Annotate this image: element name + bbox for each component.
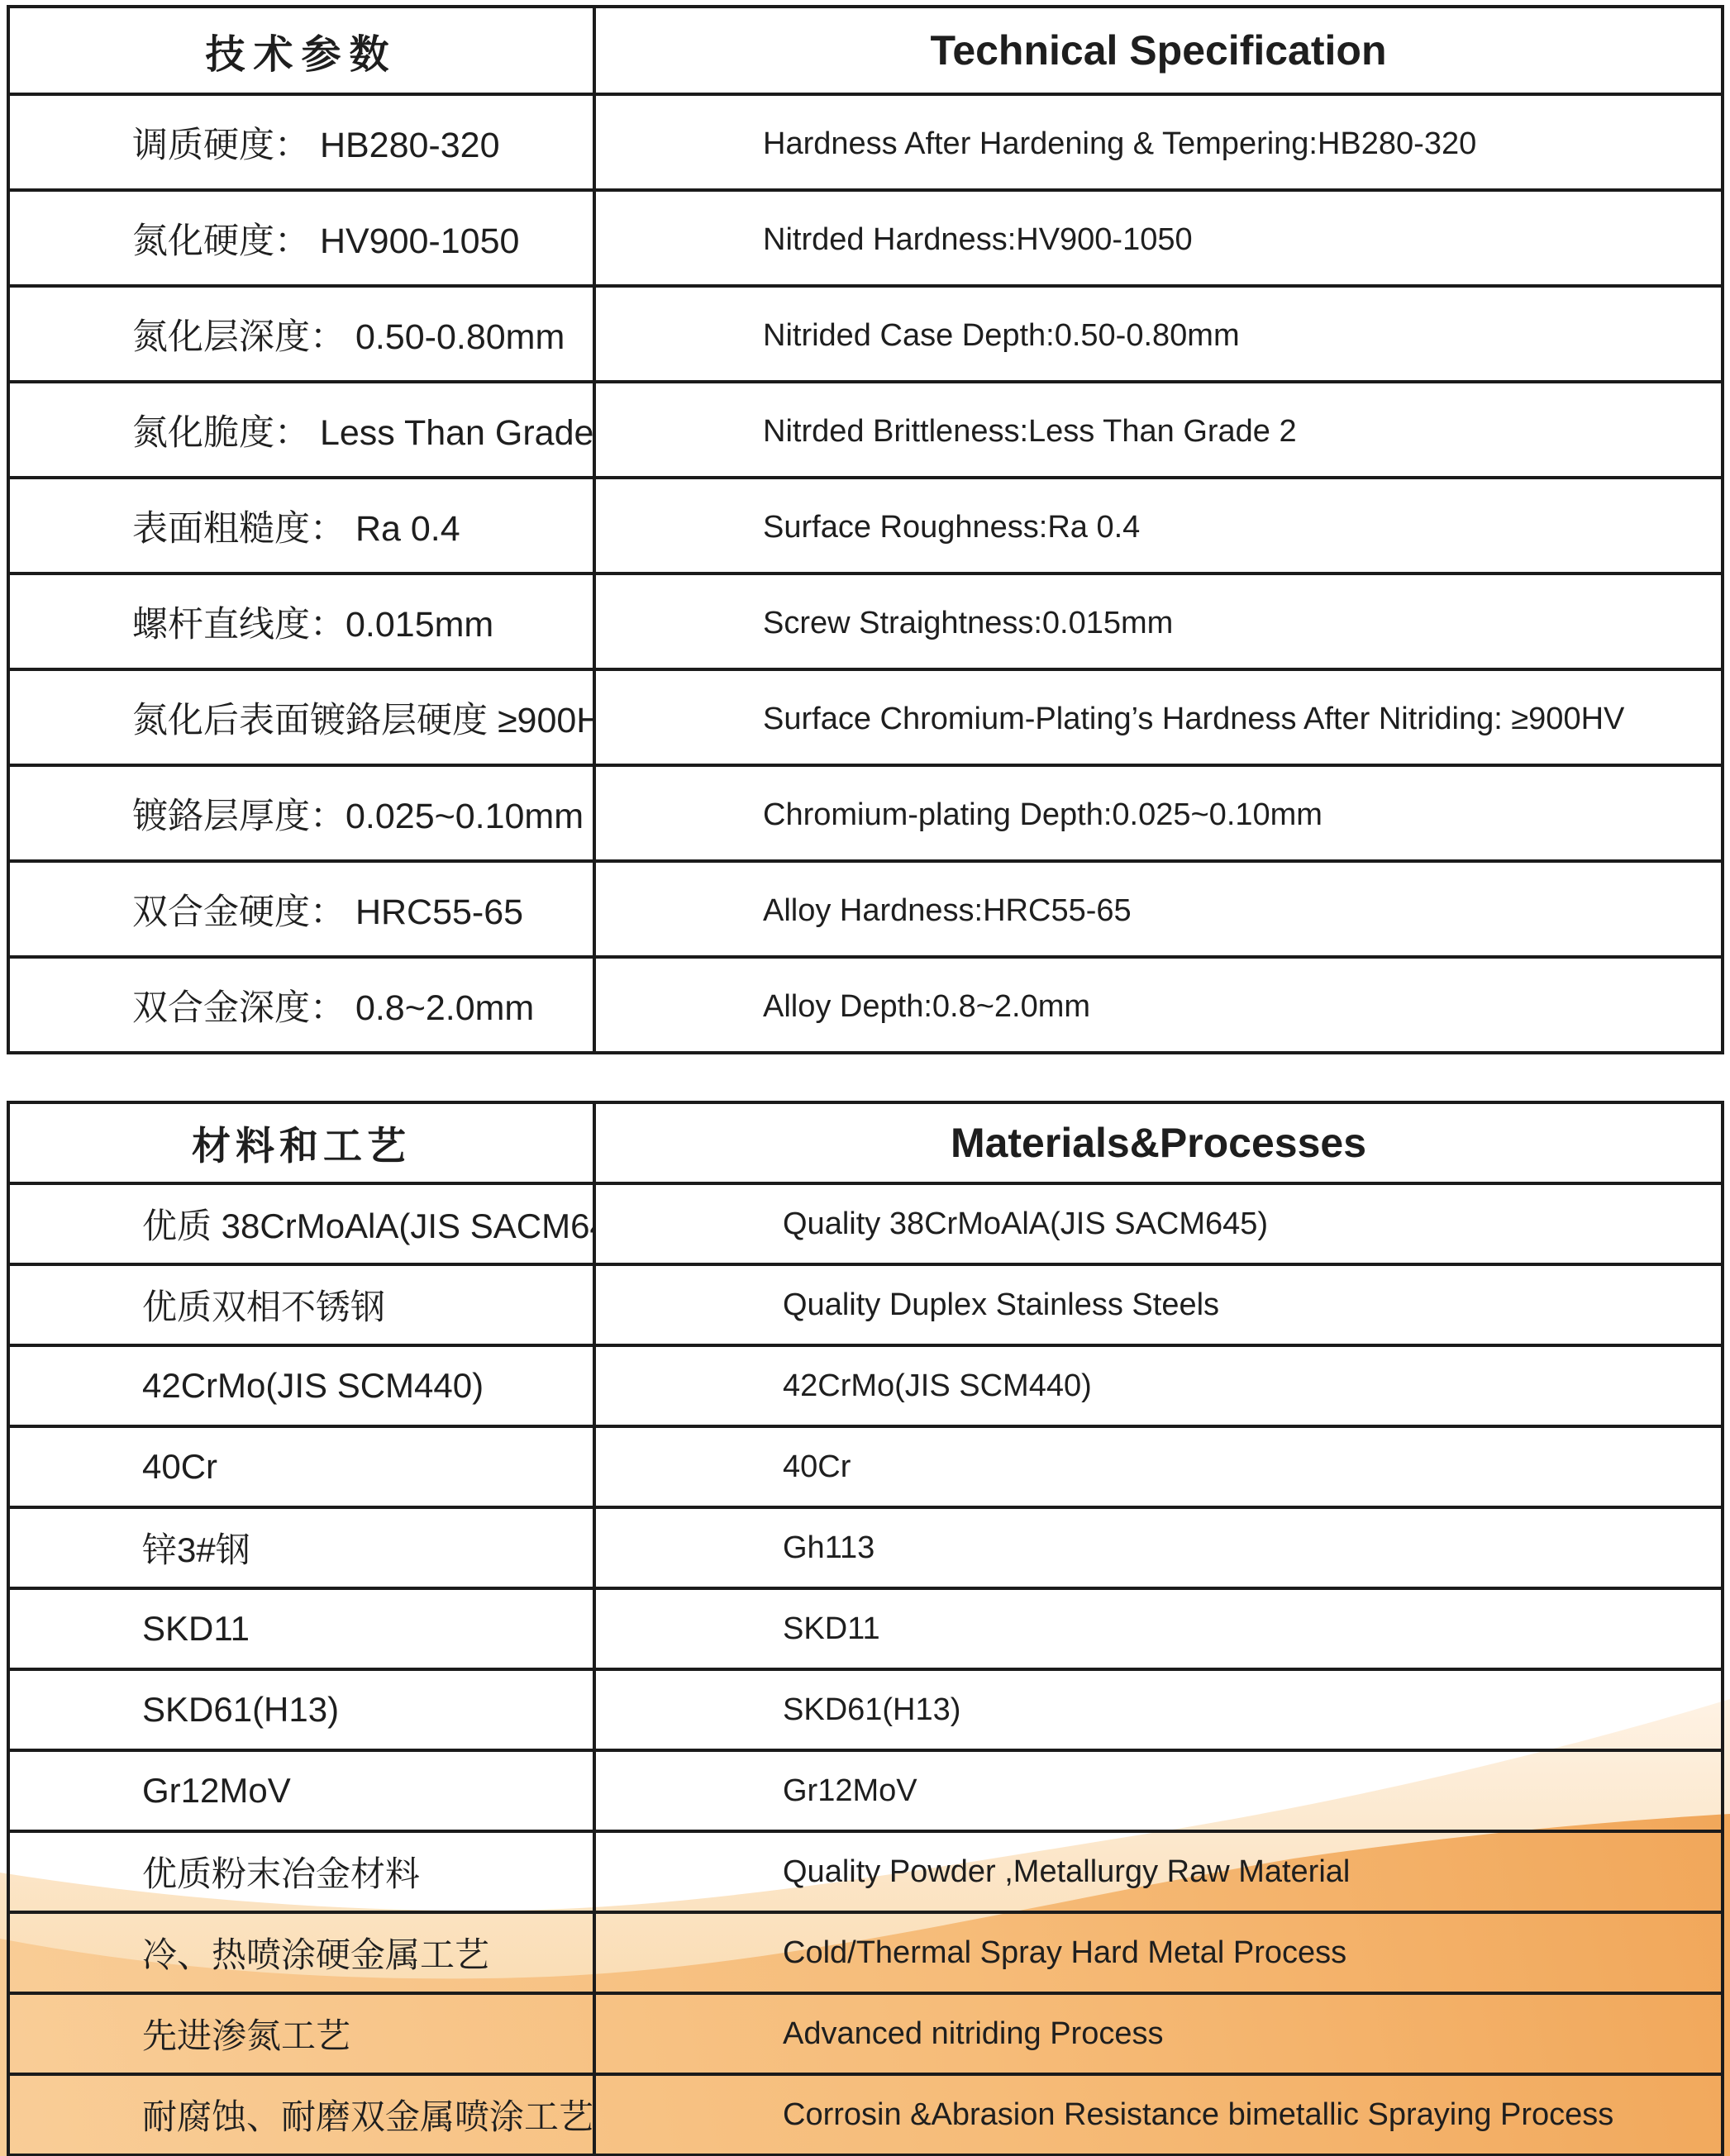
table-row: 耐腐蚀、耐磨双金属喷涂工艺Corrosin &Abrasion Resistan… xyxy=(8,2074,1723,2155)
table1-body: 调质硬度： HB280-320Hardness After Hardening … xyxy=(8,94,1723,1053)
cell-en: Hardness After Hardening & Tempering:HB2… xyxy=(594,94,1723,190)
table2-body: 优质 38CrMoAlA(JIS SACM645)Quality 38CrMoA… xyxy=(8,1183,1723,2155)
table-row: 氮化后表面镀鉻层硬度 ≥900HVSurface Chromium-Platin… xyxy=(8,669,1723,765)
table-row: 先进渗氮工艺Advanced nitriding Process xyxy=(8,1993,1723,2074)
table-row: 42CrMo(JIS SCM440)42CrMo(JIS SCM440) xyxy=(8,1345,1723,1426)
cell-en: SKD61(H13) xyxy=(594,1669,1723,1750)
cell-en: Quality Duplex Stainless Steels xyxy=(594,1264,1723,1345)
table-row: 双合金深度： 0.8~2.0mmAlloy Depth:0.8~2.0mm xyxy=(8,957,1723,1053)
cell-en: Surface Chromium-Plating’s Hardness Afte… xyxy=(594,669,1723,765)
cell-en: Quality 38CrMoAlA(JIS SACM645) xyxy=(594,1183,1723,1264)
table-row: 镀鉻层厚度：0.025~0.10mmChromium-plating Depth… xyxy=(8,765,1723,861)
table-row: 40Cr40Cr xyxy=(8,1426,1723,1507)
cell-zh: 氮化硬度： HV900-1050 xyxy=(8,190,594,286)
table2-header-en: Materials&Processes xyxy=(594,1102,1723,1183)
cell-en: Advanced nitriding Process xyxy=(594,1993,1723,2074)
cell-en: Chromium-plating Depth:0.025~0.10mm xyxy=(594,765,1723,861)
cell-zh: 调质硬度： HB280-320 xyxy=(8,94,594,190)
cell-en: Quality Powder ,Metallurgy Raw Material xyxy=(594,1831,1723,1912)
cell-zh: 双合金硬度： HRC55-65 xyxy=(8,861,594,957)
cell-zh: 优质双相不锈钢 xyxy=(8,1264,594,1345)
table2-header-zh: 材料和工艺 xyxy=(8,1102,594,1183)
cell-en: Cold/Thermal Spray Hard Metal Process xyxy=(594,1912,1723,1993)
catalog-spec-page: 技术参数 Technical Specification 调质硬度： HB280… xyxy=(0,0,1730,2156)
cell-en: Corrosin &Abrasion Resistance bimetallic… xyxy=(594,2074,1723,2155)
cell-zh: 冷、热喷涂硬金属工艺 xyxy=(8,1912,594,1993)
cell-en: Alloy Hardness:HRC55-65 xyxy=(594,861,1723,957)
table-row: 调质硬度： HB280-320Hardness After Hardening … xyxy=(8,94,1723,190)
table2-header-row: 材料和工艺 Materials&Processes xyxy=(8,1102,1723,1183)
cell-zh: 耐腐蚀、耐磨双金属喷涂工艺 xyxy=(8,2074,594,2155)
cell-zh: 表面粗糙度： Ra 0.4 xyxy=(8,478,594,574)
table-row: 冷、热喷涂硬金属工艺Cold/Thermal Spray Hard Metal … xyxy=(8,1912,1723,1993)
table-row: 表面粗糙度： Ra 0.4Surface Roughness:Ra 0.4 xyxy=(8,478,1723,574)
cell-zh: 42CrMo(JIS SCM440) xyxy=(8,1345,594,1426)
table-row: Gr12MoVGr12MoV xyxy=(8,1750,1723,1831)
cell-zh: 螺杆直线度：0.015mm xyxy=(8,574,594,669)
table-row: 优质双相不锈钢Quality Duplex Stainless Steels xyxy=(8,1264,1723,1345)
cell-en: Gr12MoV xyxy=(594,1750,1723,1831)
cell-zh: 双合金深度： 0.8~2.0mm xyxy=(8,957,594,1053)
table-row: 氮化层深度： 0.50-0.80mmNitrided Case Depth:0.… xyxy=(8,286,1723,382)
table1-header-row: 技术参数 Technical Specification xyxy=(8,7,1723,94)
cell-zh: Gr12MoV xyxy=(8,1750,594,1831)
technical-specification-table: 技术参数 Technical Specification 调质硬度： HB280… xyxy=(7,5,1724,1054)
cell-zh: 氮化后表面镀鉻层硬度 ≥900HV xyxy=(8,669,594,765)
table-row: SKD11SKD11 xyxy=(8,1588,1723,1669)
cell-en: Alloy Depth:0.8~2.0mm xyxy=(594,957,1723,1053)
table-row: 优质粉末冶金材料Quality Powder ,Metallurgy Raw M… xyxy=(8,1831,1723,1912)
cell-en: 40Cr xyxy=(594,1426,1723,1507)
cell-zh: 优质 38CrMoAlA(JIS SACM645) xyxy=(8,1183,594,1264)
cell-zh: 镀鉻层厚度：0.025~0.10mm xyxy=(8,765,594,861)
cell-en: 42CrMo(JIS SCM440) xyxy=(594,1345,1723,1426)
cell-en: Nitrded Brittleness:Less Than Grade 2 xyxy=(594,382,1723,478)
table-row: 螺杆直线度：0.015mmScrew Straightness:0.015mm xyxy=(8,574,1723,669)
cell-zh: SKD11 xyxy=(8,1588,594,1669)
cell-zh: 氮化层深度： 0.50-0.80mm xyxy=(8,286,594,382)
cell-en: Surface Roughness:Ra 0.4 xyxy=(594,478,1723,574)
table-row: 双合金硬度： HRC55-65Alloy Hardness:HRC55-65 xyxy=(8,861,1723,957)
table-row: 优质 38CrMoAlA(JIS SACM645)Quality 38CrMoA… xyxy=(8,1183,1723,1264)
table-row: 锌3#钢Gh113 xyxy=(8,1507,1723,1588)
cell-en: Nitrded Hardness:HV900-1050 xyxy=(594,190,1723,286)
table-row: 氮化硬度： HV900-1050Nitrded Hardness:HV900-1… xyxy=(8,190,1723,286)
cell-en: Nitrided Case Depth:0.50-0.80mm xyxy=(594,286,1723,382)
cell-zh: 40Cr xyxy=(8,1426,594,1507)
cell-en: Screw Straightness:0.015mm xyxy=(594,574,1723,669)
materials-processes-table: 材料和工艺 Materials&Processes 优质 38CrMoAlA(J… xyxy=(7,1101,1724,2156)
table-row: 氮化脆度： Less Than Grade 2Nitrded Brittlene… xyxy=(8,382,1723,478)
cell-zh: 锌3#钢 xyxy=(8,1507,594,1588)
cell-zh: 氮化脆度： Less Than Grade 2 xyxy=(8,382,594,478)
table-row: SKD61(H13)SKD61(H13) xyxy=(8,1669,1723,1750)
cell-zh: SKD61(H13) xyxy=(8,1669,594,1750)
cell-en: SKD11 xyxy=(594,1588,1723,1669)
table1-header-zh: 技术参数 xyxy=(8,7,594,94)
cell-zh: 先进渗氮工艺 xyxy=(8,1993,594,2074)
cell-en: Gh113 xyxy=(594,1507,1723,1588)
cell-zh: 优质粉末冶金材料 xyxy=(8,1831,594,1912)
table1-header-en: Technical Specification xyxy=(594,7,1723,94)
